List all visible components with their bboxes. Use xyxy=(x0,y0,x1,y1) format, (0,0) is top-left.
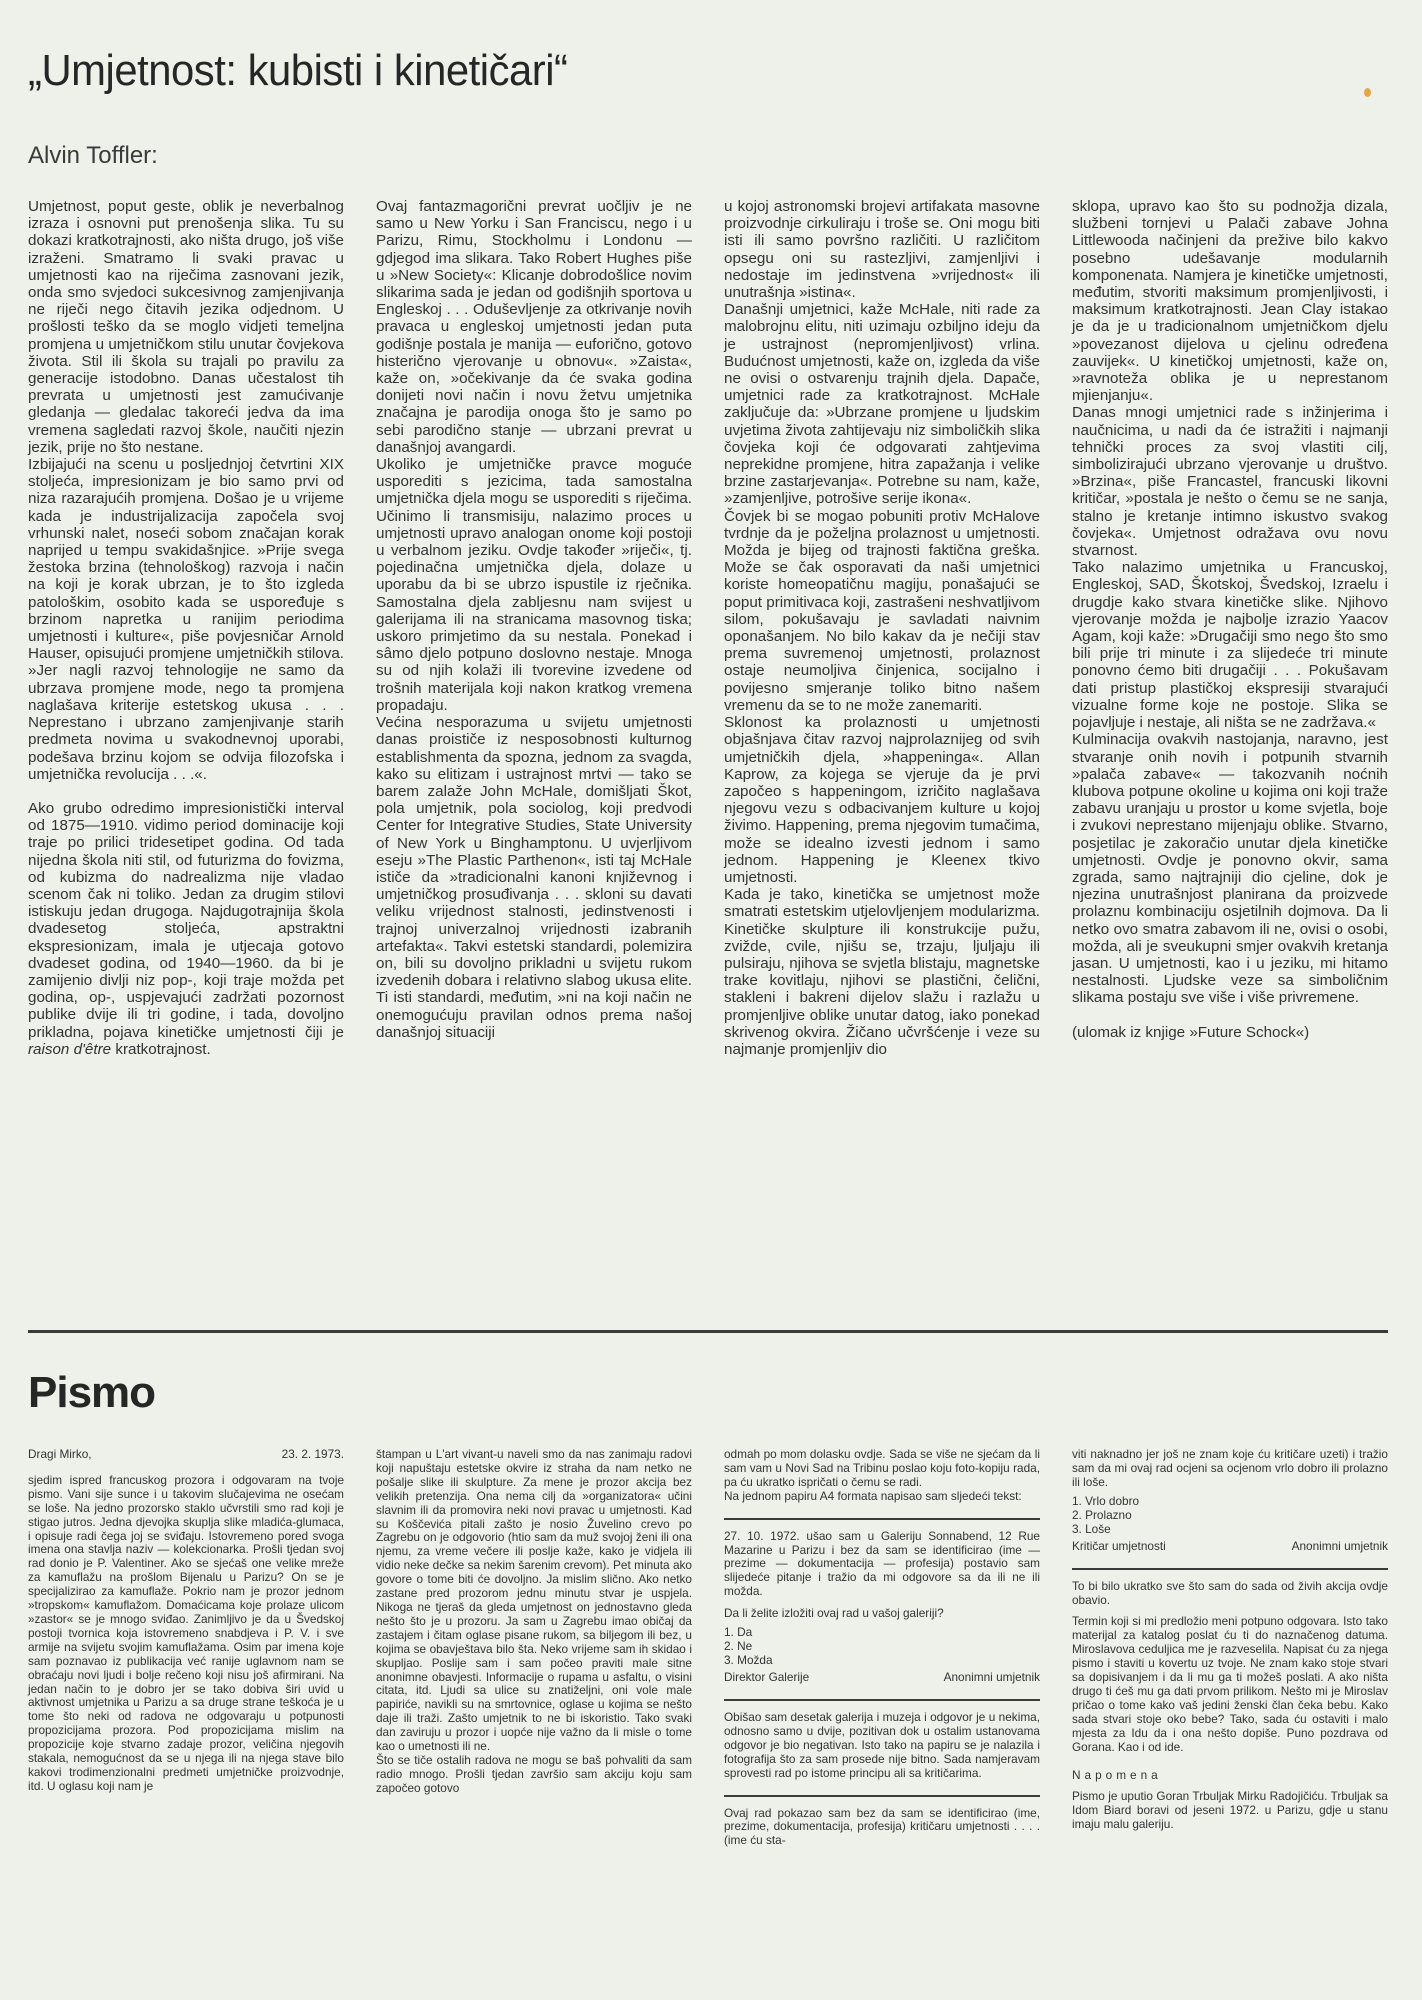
letter-column-4: viti naknadno jer još ne znam koje ću kr… xyxy=(1072,1448,1388,1988)
rule xyxy=(724,1699,1040,1701)
note-heading: Napomena xyxy=(1072,1769,1388,1783)
quoted-text: viti naknadno jer još ne znam koje ću kr… xyxy=(1072,1448,1388,1490)
paragraph: Umjetnost, poput geste, oblik je neverba… xyxy=(28,198,344,456)
answer-options: 1. Da 2. Ne 3. Možda xyxy=(724,1625,1040,1667)
article-body: Umjetnost, poput geste, oblik je neverba… xyxy=(28,198,1388,1298)
paragraph: Ukoliko je umjetničke pravce moguće uspo… xyxy=(376,456,692,714)
article-column-2: Ovaj fantazmagorični prevrat uočljiv je … xyxy=(376,198,692,1298)
paragraph: Većina nesporazuma u svijetu umjetnosti … xyxy=(376,714,692,1041)
paragraph: Ako grubo odredimo impresionistički inte… xyxy=(28,800,344,1058)
paragraph: Današnji umjetnici, kaže McHale, niti ra… xyxy=(724,301,1040,507)
option: 3. Loše xyxy=(1072,1522,1388,1536)
option: 1. Vrlo dobro xyxy=(1072,1494,1388,1508)
quoted-text: 27. 10. 1972. ušao sam u Galeriju Sonnab… xyxy=(724,1530,1040,1600)
paragraph: štampan u L'art vivant-u naveli smo da n… xyxy=(376,1448,692,1754)
paragraph: odmah po mom dolasku ovdje. Sada se više… xyxy=(724,1448,1040,1490)
paragraph: u kojoj astronomski brojevi artifakata m… xyxy=(724,198,1040,301)
paragraph: Čovjek bi se mogao pobuniti protiv McHal… xyxy=(724,508,1040,714)
paragraph: Kulminacija ovakvih nastojanja, naravno,… xyxy=(1072,731,1388,1006)
paragraph: Što se tiče ostalih radova ne mogu se ba… xyxy=(376,1754,692,1796)
paragraph: Termin koji si mi predložio meni potpuno… xyxy=(1072,1615,1388,1754)
signature-left: Direktor Galerije xyxy=(724,1671,809,1685)
salutation: Dragi Mirko, xyxy=(28,1448,92,1462)
option: 1. Da xyxy=(724,1625,1040,1639)
paragraph: To bi bilo ukratko sve što sam do sada o… xyxy=(1072,1580,1388,1608)
article-column-1: Umjetnost, poput geste, oblik je neverba… xyxy=(28,198,344,1298)
letter-column-2: štampan u L'art vivant-u naveli smo da n… xyxy=(376,1448,692,1988)
article-column-3: u kojoj astronomski brojevi artifakata m… xyxy=(724,198,1040,1298)
paragraph: Danas mnogi umjetnici rade s inžinjerima… xyxy=(1072,404,1388,559)
rule xyxy=(724,1795,1040,1797)
paragraph: Tako nalazimo umjetnika u Francuskoj, En… xyxy=(1072,559,1388,731)
signature-line: Kritičar umjetnosti Anonimni umjetnik xyxy=(1072,1540,1388,1554)
quoted-text: Ovaj rad pokazao sam bez da sam se ident… xyxy=(724,1807,1040,1849)
paragraph: Izbijajući na scenu u posljednjoj četvrt… xyxy=(28,456,344,783)
paragraph: Sklonost ka prolaznosti u umjetnosti obj… xyxy=(724,714,1040,886)
signature-right: Anonimni umjetnik xyxy=(1292,1540,1388,1554)
paper-stain xyxy=(1364,88,1371,97)
article-column-4: sklopa, upravo kao što su podnožja dizal… xyxy=(1072,198,1388,1298)
note-text: Pismo je uputio Goran Trbuljak Mirku Rad… xyxy=(1072,1790,1388,1832)
signature-right: Anonimni umjetnik xyxy=(944,1671,1040,1685)
article-author: Alvin Toffler: xyxy=(28,142,158,170)
source-citation: (ulomak iz knjige »Future Schock«) xyxy=(1072,1024,1388,1041)
letter-title: Pismo xyxy=(28,1368,155,1418)
option: 3. Možda xyxy=(724,1653,1040,1667)
section-divider xyxy=(28,1330,1388,1333)
question: Da li želite izložiti ovaj rad u vašoj g… xyxy=(724,1607,1040,1621)
signature-left: Kritičar umjetnosti xyxy=(1072,1540,1166,1554)
answer-options: 1. Vrlo dobro 2. Prolazno 3. Loše xyxy=(1072,1494,1388,1536)
letter-column-3: odmah po mom dolasku ovdje. Sada se više… xyxy=(724,1448,1040,1988)
option: 2. Prolazno xyxy=(1072,1508,1388,1522)
article-title: „Umjetnost: kubisti i kinetičari“ xyxy=(28,46,567,96)
paragraph: sklopa, upravo kao što su podnožja dizal… xyxy=(1072,198,1388,404)
rule xyxy=(724,1518,1040,1520)
paragraph: Kada je tako, kinetička se umjetnost mož… xyxy=(724,886,1040,1058)
option: 2. Ne xyxy=(724,1639,1040,1653)
paragraph: Na jednom papiru A4 formata napisao sam … xyxy=(724,1490,1040,1504)
italic-phrase: raison d'être xyxy=(28,1041,111,1058)
signature-line: Direktor Galerije Anonimni umjetnik xyxy=(724,1671,1040,1685)
paragraph: sjedim ispred francuskog prozora i odgov… xyxy=(28,1474,344,1794)
letter-header: Dragi Mirko, 23. 2. 1973. xyxy=(28,1448,344,1462)
letter-body: Dragi Mirko, 23. 2. 1973. sjedim ispred … xyxy=(28,1448,1388,1988)
letter-column-1: Dragi Mirko, 23. 2. 1973. sjedim ispred … xyxy=(28,1448,344,1988)
paragraph: Ovaj fantazmagorični prevrat uočljiv je … xyxy=(376,198,692,456)
letter-date: 23. 2. 1973. xyxy=(282,1448,344,1462)
paragraph: Obišao sam desetak galerija i muzeja i o… xyxy=(724,1711,1040,1781)
rule xyxy=(1072,1568,1388,1570)
